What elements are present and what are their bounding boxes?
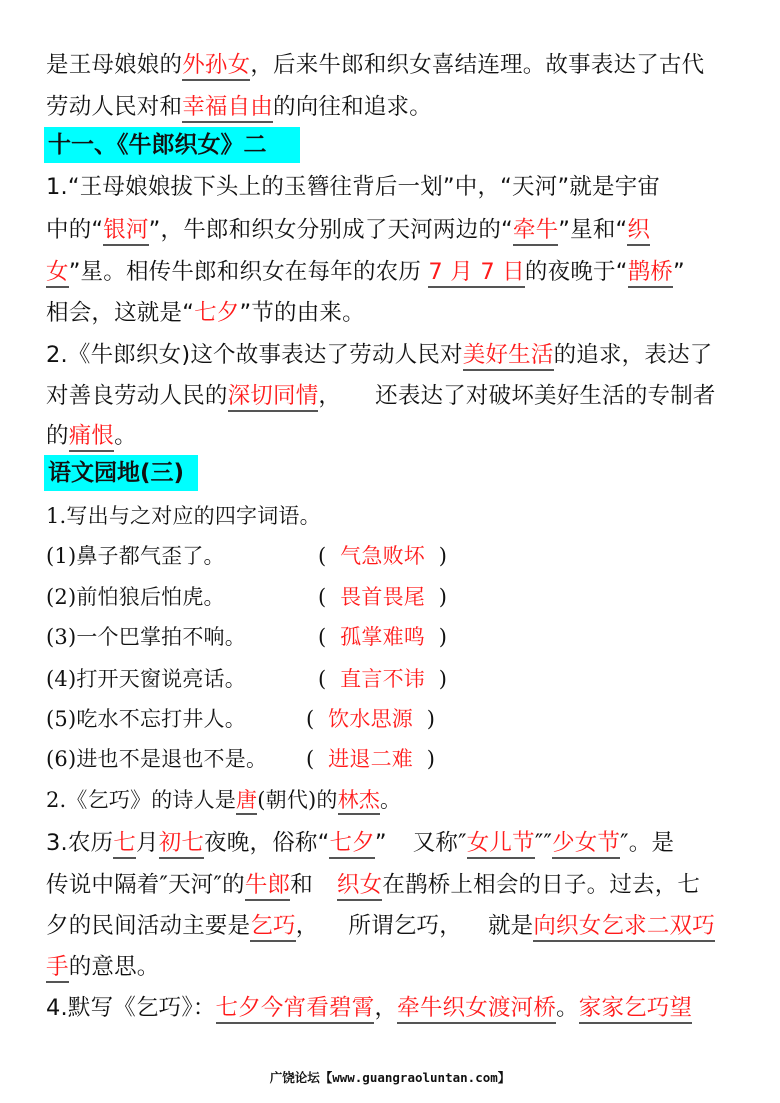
text: 2.《牛郎织女)这个故事表达了劳动人民对 [46,342,463,368]
answer-blank: 女 [46,259,69,288]
question-line: 中的“银河”，牛郎和织女分别成了天河两边的“牵牛”星和“织 [46,215,650,245]
text: ”，牛郎和织女分别成了天河两边的“ [149,217,513,243]
question-line: 1.“王母娘娘拔下头上的玉簪往背后一划”中，“天河”就是宇宙 [46,172,660,202]
answer-text: 气急败坏 [340,544,425,568]
text: 在鹊桥上相会的日子。过去，七 [382,872,700,898]
answer-blank: 织女 [337,872,382,901]
text: ”星。相传牛郎和织女在每年的农历 [69,259,429,285]
idiom-item: (3)一个巴掌拍不响。 ( 孤掌难鸣 ) [46,622,246,652]
question-line: 4.默写《乞巧》：七夕今宵看碧霄，牵牛织女渡河桥。家家乞巧望 [46,993,692,1023]
idiom-item: (4)打开天窗说亮话。 ( 直言不讳 ) [46,664,246,694]
answer-blank: 女儿节 [467,830,535,859]
text: 4.默写《乞巧》： [46,995,216,1021]
text: 的夜晚于“ [525,259,628,285]
text: 。 [114,423,137,449]
text: 又称″ [413,830,467,856]
text: 劳动人民对和 [46,94,182,120]
text: ，后来牛郎和织女喜结连理。故事表达了古代 [250,52,704,78]
section-heading: 语文园地(三) [44,455,198,491]
text: 夜晚，俗称“ [204,830,329,856]
text: ”星和“ [558,217,627,243]
idiom-prompt: (1)鼻子都气歪了。 [46,544,225,568]
answer-blank: 痛恨 [69,423,114,452]
answer-blank: 美好生活 [463,342,554,371]
text: 对善良劳动人民的 [46,383,228,409]
answer-blank: 七夕 [329,830,374,859]
text: 传说中隔着″天河″的 [46,872,245,898]
answer-text: 进退二难 [328,747,413,771]
text: 的 [46,423,69,449]
answer-text: 畏首畏尾 [340,585,425,609]
footer-watermark: 广饶论坛【www.guangraoluntan.com】 [0,1068,780,1086]
text: ”节的由来。 [239,300,364,326]
answer-blank: 七 [113,830,136,859]
text: 夕的民间活动主要是 [46,913,250,939]
answer-paren: ( 直言不讳 ) [318,664,447,694]
text: 。 [380,788,401,812]
text: 的追求，表达了 [554,342,713,368]
text: ， [296,913,319,939]
text: 3.农历 [46,830,113,856]
answer-blank: 深切同情 [228,383,319,412]
question-line: 对善良劳动人民的深切同情，还表达了对破坏美好生活的专制者 [46,381,716,411]
answer-blank: 初七 [159,830,204,859]
text: 中的“ [46,217,103,243]
idiom-prompt: (3)一个巴掌拍不响。 [46,625,246,649]
text: 和 [290,872,313,898]
answer-blank: 鹊桥 [628,259,673,288]
answer-blank: 向织女乞求二双巧 [533,913,715,942]
text: (朝代)的 [257,788,337,812]
answer-blank: 7 月 7 日 [428,259,525,288]
text: 所谓乞巧， [348,913,462,939]
answer-blank: 林杰 [338,788,380,815]
text: ， [318,383,341,409]
question-line: 手的意思。 [46,952,160,982]
answer-blank: 唐 [236,788,257,815]
text: ” [375,830,387,856]
question-line: 相会，这就是“七夕”节的由来。 [46,298,365,328]
paragraph-line: 劳动人民对和幸福自由的向往和追求。 [46,92,432,122]
answer-paren: ( 畏首畏尾 ) [318,582,447,612]
text: 。 [556,995,579,1021]
paragraph-line: 是王母娘娘的外孙女，后来牛郎和织女喜结连理。故事表达了古代 [46,50,704,80]
answer-blank: 七夕今宵看碧霄 [216,995,375,1024]
text: 相会，这就是“ [46,300,194,326]
answer-blank: 少女节 [552,830,620,859]
text: ″″ [535,830,552,856]
idiom-prompt: (6)进也不是退也不是。 [46,747,267,771]
answer-text: 七夕 [194,300,239,326]
answer-blank: 手 [46,954,69,983]
answer-paren: ( 气急败坏 ) [318,541,447,571]
idiom-prompt: (4)打开天窗说亮话。 [46,667,246,691]
text: 是王母娘娘的 [46,52,182,78]
text: 还表达了对破坏美好生活的专制者 [375,383,716,409]
text: ” [673,259,685,285]
question-line: 传说中隔着″天河″的牛郎和织女在鹊桥上相会的日子。过去，七 [46,870,700,900]
answer-paren: ( 进退二难 ) [306,744,435,774]
text: ″。是 [620,830,674,856]
answer-blank: 牵牛织女渡河桥 [397,995,556,1024]
answer-blank: 外孙女 [182,52,250,81]
text: ， [374,995,397,1021]
question-title: 1.写出与之对应的四字词语。 [46,501,321,531]
question-line: 的痛恨。 [46,421,137,451]
text: 2.《乞巧》的诗人是 [46,788,236,812]
answer-blank: 牛郎 [245,872,290,901]
answer-text: 饮水思源 [328,707,413,731]
idiom-prompt: (2)前怕狼后怕虎。 [46,585,225,609]
idiom-prompt: (5)吃水不忘打井人。 [46,707,246,731]
question-line: 2.《牛郎织女)这个故事表达了劳动人民对美好生活的追求，表达了 [46,340,712,370]
answer-text: 孤掌难鸣 [340,625,425,649]
idiom-item: (2)前怕狼后怕虎。 ( 畏首畏尾 ) [46,582,225,612]
question-line: 夕的民间活动主要是乞巧，所谓乞巧，就是向织女乞求二双巧 [46,911,715,941]
text: 月 [136,830,159,856]
text: 的意思。 [69,954,160,980]
answer-blank: 织 [627,217,650,246]
answer-blank: 家家乞巧望 [579,995,693,1024]
question-line: 2.《乞巧》的诗人是唐(朝代)的林杰。 [46,785,401,815]
answer-paren: ( 孤掌难鸣 ) [318,622,447,652]
answer-blank: 银河 [103,217,148,246]
answer-blank: 乞巧 [250,913,295,942]
answer-paren: ( 饮水思源 ) [306,704,435,734]
answer-text: 直言不讳 [340,667,425,691]
text: 就是 [488,913,533,939]
idiom-item: (6)进也不是退也不是。 ( 进退二难 ) [46,744,267,774]
answer-blank: 幸福自由 [182,94,273,123]
text: 的向往和追求。 [273,94,432,120]
answer-blank: 牵牛 [513,217,558,246]
section-heading: 十一、《牛郎织女》二 [44,127,300,163]
idiom-item: (5)吃水不忘打井人。 ( 饮水思源 ) [46,704,246,734]
idiom-item: (1)鼻子都气歪了。 ( 气急败坏 ) [46,541,225,571]
question-line: 3.农历七月初七夜晚，俗称“七夕”又称″女儿节″″少女节″。是 [46,828,674,858]
question-line: 女”星。相传牛郎和织女在每年的农历 7 月 7 日的夜晚于“鹊桥” [46,257,685,287]
